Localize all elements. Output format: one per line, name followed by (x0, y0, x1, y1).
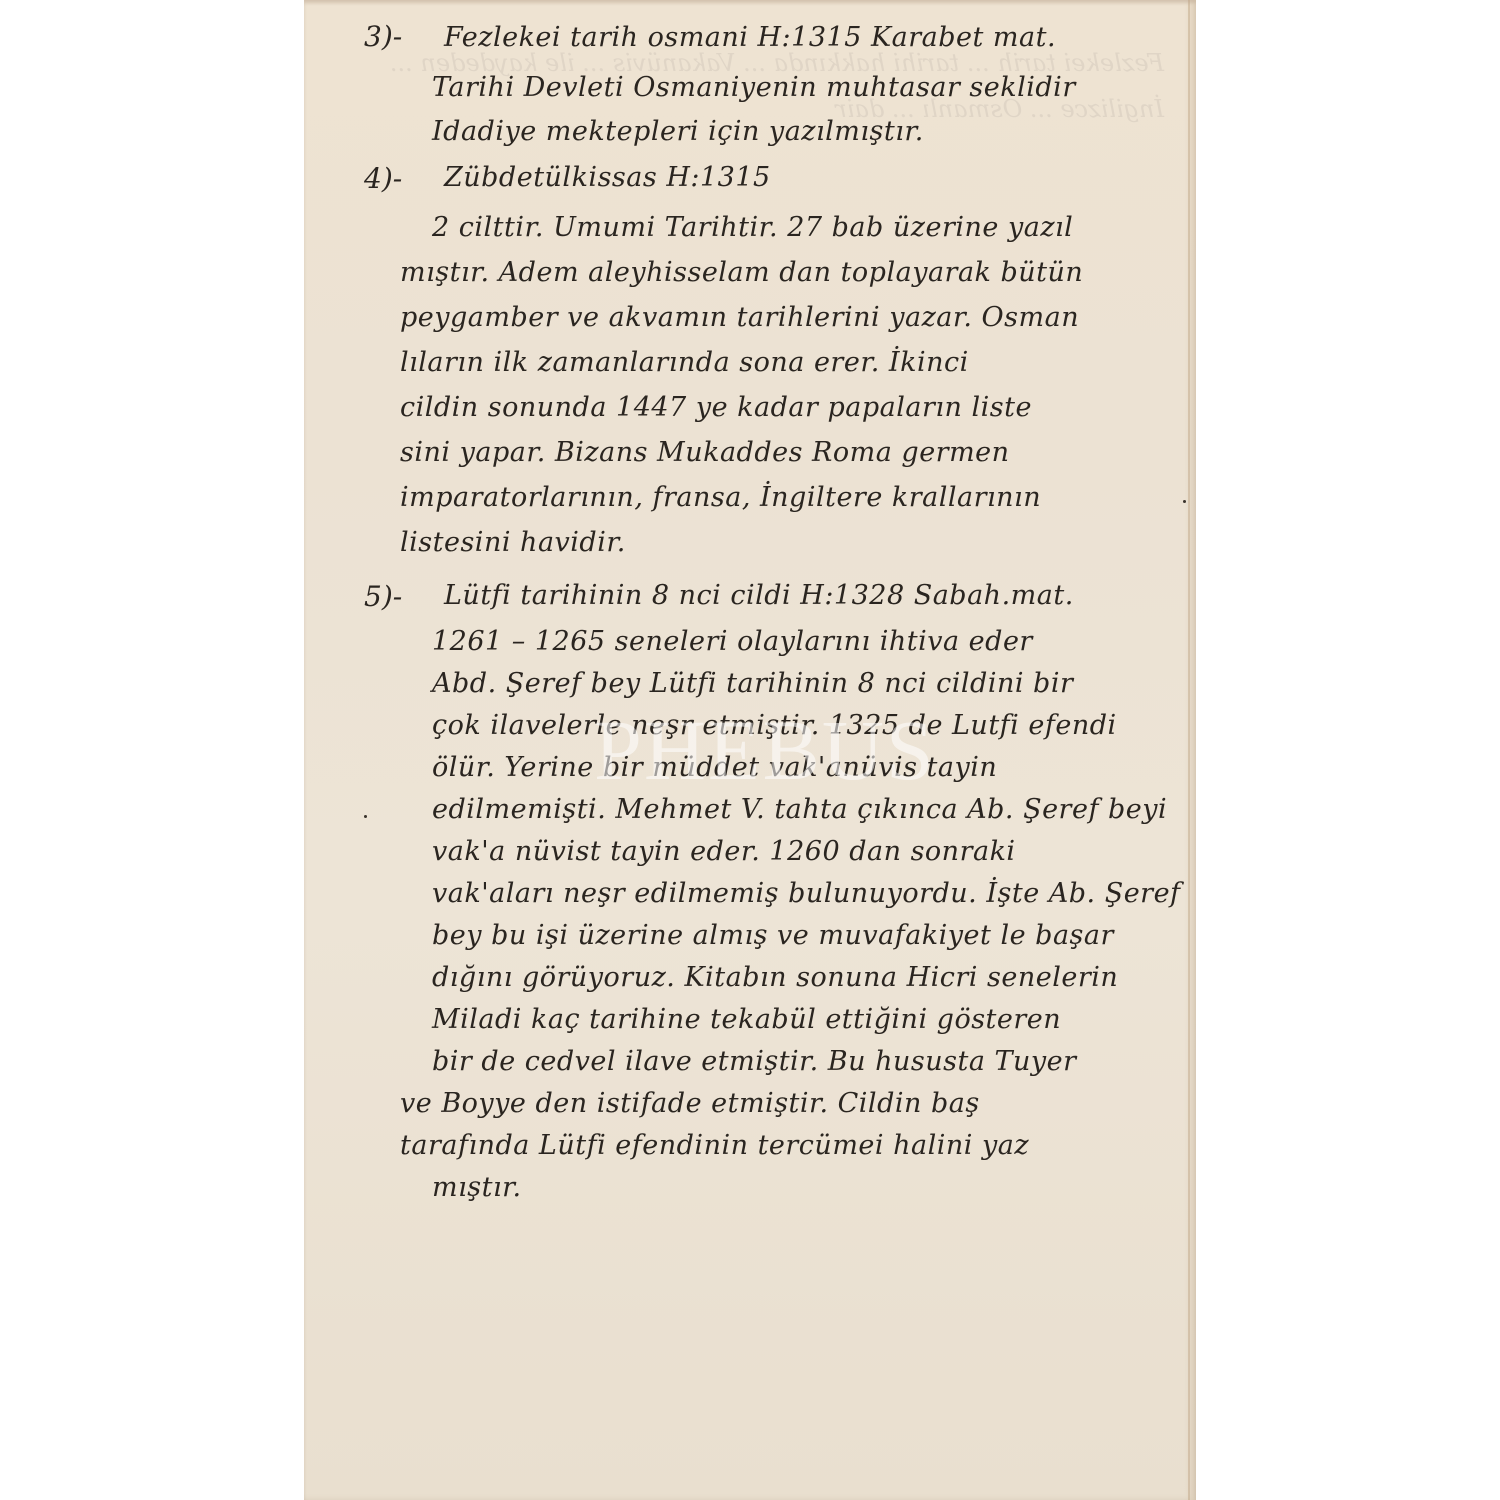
entries-lower (304, 0, 1196, 1500)
manuscript-page: Fezlekei tarih ... tarihi hakkında ... V… (304, 0, 1196, 1500)
